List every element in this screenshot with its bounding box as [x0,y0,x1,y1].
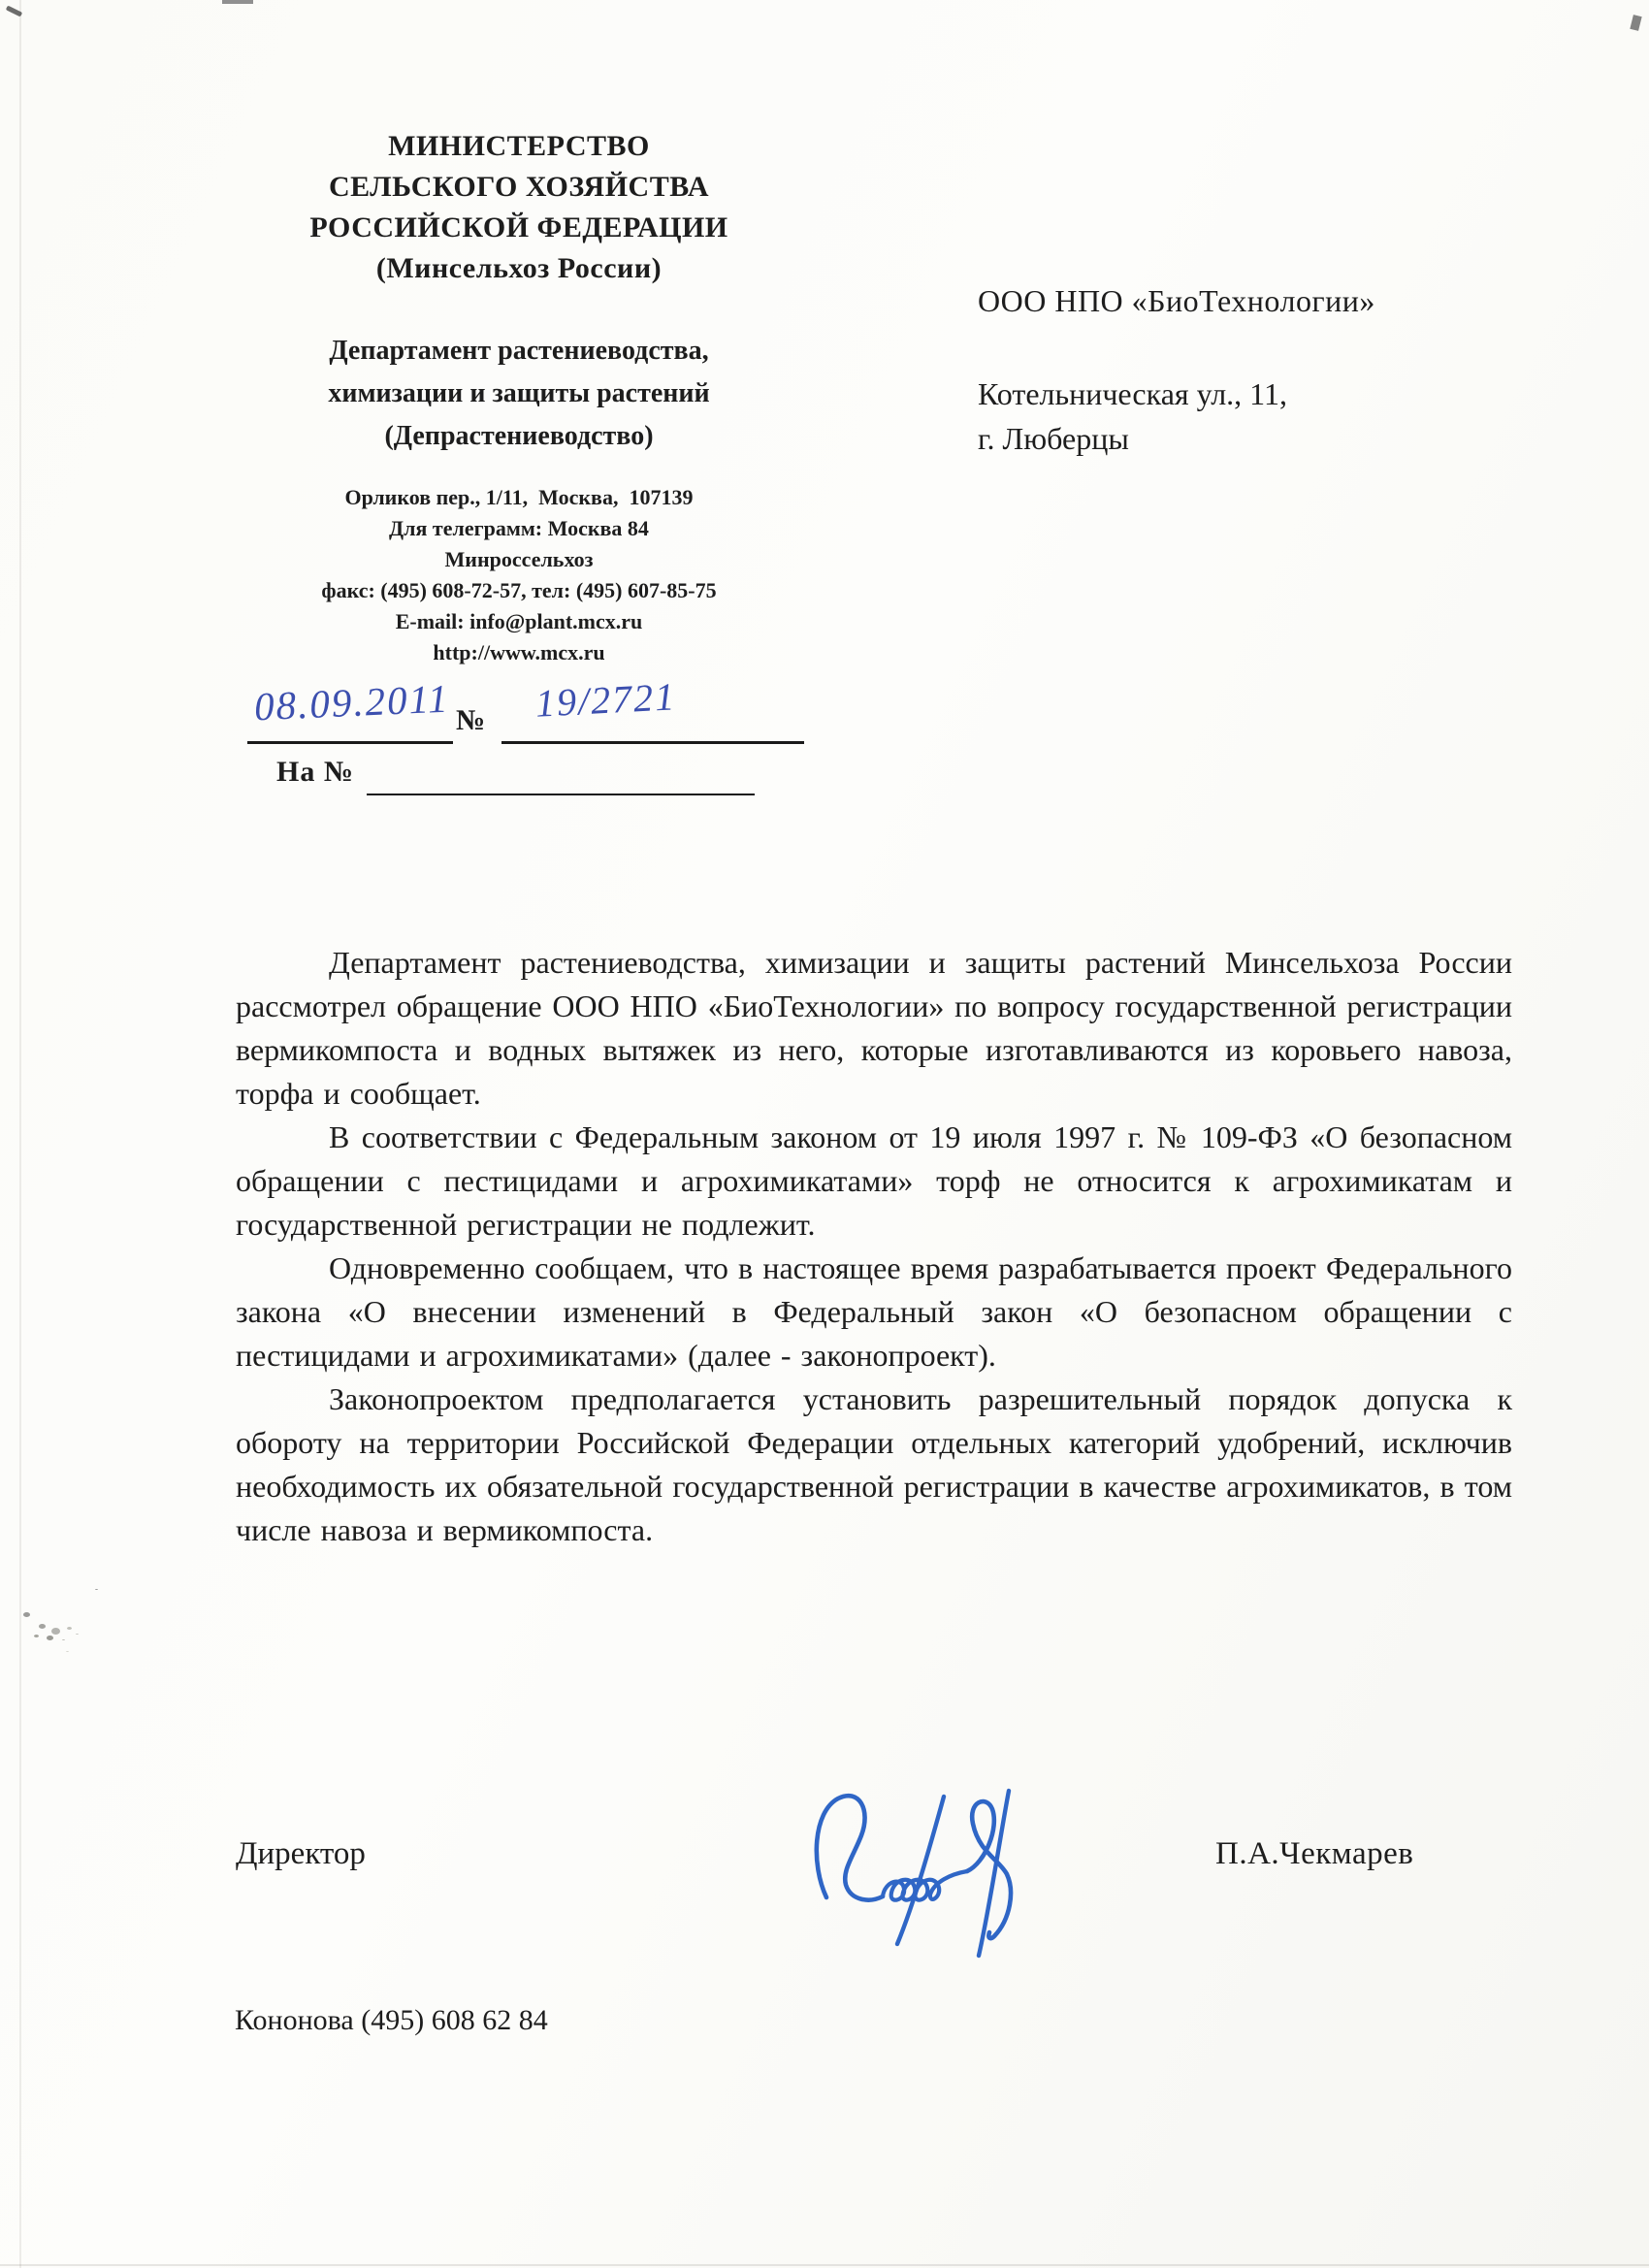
scan-ink-smudge [23,1612,30,1617]
ministry-name-line: МИНИСТЕРСТВО [228,126,810,167]
scan-paper-edge-left [19,0,21,2268]
scan-paper-edge-bottom [0,2264,1649,2266]
letterhead-postal-address: Орликов пер., 1/11, Москва, 107139 [194,482,844,513]
body-paragraph: В соответствии с Федеральным законом от … [236,1116,1512,1247]
body-paragraph: Одновременно сообщаем, что в настоящее в… [236,1247,1512,1377]
letterhead-fax-phone: факс: (495) 608-72-57, тел: (495) 607-85… [194,575,844,606]
letterhead-contact-block: Орликов пер., 1/11, Москва, 107139 Для т… [194,482,844,668]
letterhead-website: http://www.mcx.ru [194,637,844,668]
body-paragraph: Департамент растениеводства, химизации и… [236,941,1512,1116]
number-label: № [456,704,485,737]
letterhead-telegraph-name: Минроссельхоз [194,544,844,575]
signer-title: Директор [236,1836,366,1872]
recipient-address-line: г. Люберцы [978,416,1287,461]
number-underline [501,741,804,744]
department-name-line: Департамент растениеводства, [228,330,810,373]
executor-contact: Кононова (495) 608 62 84 [235,2004,548,2037]
scan-mark-top-right [1630,15,1641,31]
department-name-block: Департамент растениеводства, химизации и… [228,330,810,458]
ministry-name-block: МИНИСТЕРСТВО СЕЛЬСКОГО ХОЗЯЙСТВА РОССИЙС… [228,126,810,289]
reply-to-underline [367,794,755,795]
ministry-name-line: РОССИЙСКОЙ ФЕДЕРАЦИИ [228,208,810,248]
signature-stroke [817,1791,1011,1956]
signature-image [797,1771,1147,1975]
recipient-address-line: Котельническая ул., 11, [978,372,1287,416]
reply-to-label: На № [276,756,354,789]
department-name-line: химизации и защиты растений [228,373,810,415]
scan-mark-top-edge [222,0,253,4]
ministry-name-line: СЕЛЬСКОГО ХОЗЯЙСТВА [228,167,810,208]
date-handwritten: 08.09.2011 [253,675,450,730]
letterhead-email: E-mail: info@plant.mcx.ru [194,606,844,637]
ministry-short-name: (Минсельхоз России) [228,248,810,289]
date-underline [247,741,453,744]
signer-name: П.А.Чекмарев [1215,1836,1413,1872]
scanned-letter-page: МИНИСТЕРСТВО СЕЛЬСКОГО ХОЗЯЙСТВА РОССИЙС… [0,0,1649,2268]
letterhead-telegram-address: Для телеграмм: Москва 84 [194,513,844,544]
letter-body: Департамент растениеводства, химизации и… [236,941,1512,1552]
department-short-name: (Депрастениеводство) [228,415,810,458]
doc-number-handwritten: 19/2721 [534,673,677,727]
body-paragraph: Законопроектом предполагается установить… [236,1377,1512,1552]
recipient-address-block: Котельническая ул., 11, г. Люберцы [978,372,1287,461]
recipient-name: ООО НПО «БиоТехнологии» [978,283,1375,319]
